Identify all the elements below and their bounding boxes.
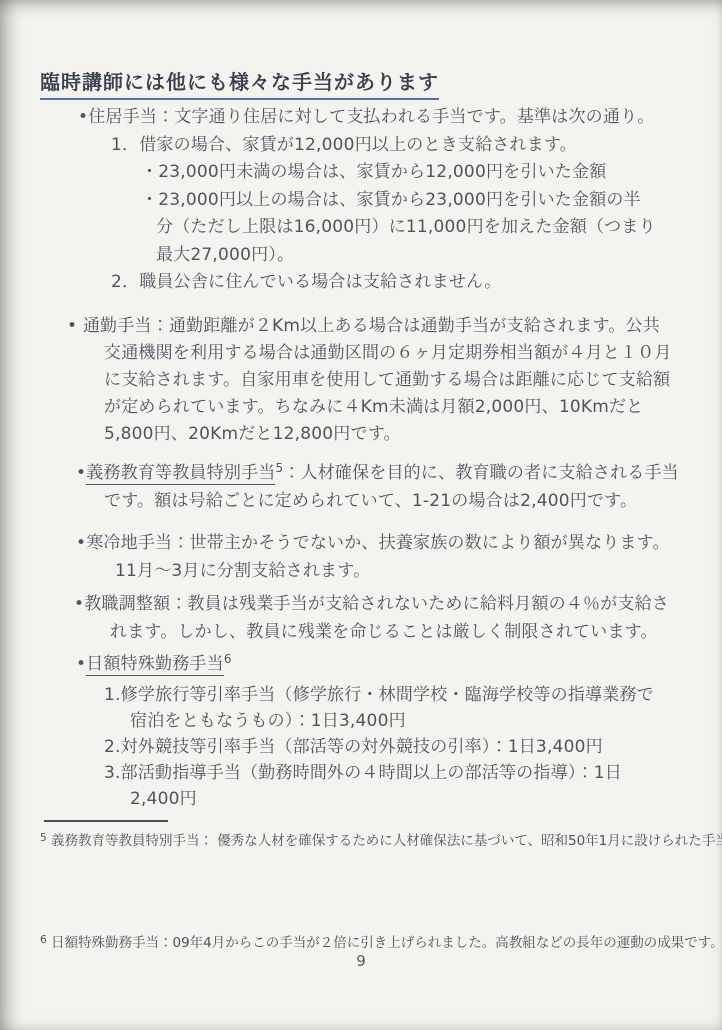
body-line: 1．借家の場合、家賃が12,000円以上のとき支給されます。	[78, 132, 656, 160]
page-title: 臨時講師には他にも様々な手当があります	[40, 66, 439, 100]
list-item: 1.修学旅行等引率手当（修学旅行・林間学校・臨海学校等の指導業務で	[76, 682, 654, 708]
footnote-text: 日額特殊勤務手当：09年4月からこの手当が２倍に引き上げられました。高教組などの…	[47, 935, 722, 951]
footnote-marker: 5	[40, 832, 47, 844]
body-line: です。額は号給ごとに定められていて、1-21の場合は2,400円です。	[76, 488, 679, 516]
body-line: に支給されます。自家用車を使用して通勤する場合は距離に応じて支給額	[67, 367, 672, 394]
section-cold-area-allowance: •寒冷地手当：世帯主かそうでないか、扶養家族の数により額が異なります。 11月～…	[76, 530, 670, 585]
section-housing-allowance: •住居手当：文字通り住居に対して支払われる手当です。基準は次の通り。 1．借家の…	[78, 104, 656, 297]
body-line: ・23,000円以上の場合は、家賃から23,000円を引いた金額の半	[78, 187, 656, 215]
footnote-separator-rule	[44, 820, 168, 822]
body-line: が定められています。ちなみに４Km未満は月額2,000円、10Kmだと	[67, 394, 672, 421]
footnote-reference: 6	[224, 652, 232, 666]
footnote-marker: 6	[40, 934, 47, 946]
section-teaching-adjustment: •教職調整額：教員は残業手当が支給されないために給料月額の４％が支給さ れます。…	[74, 591, 669, 646]
list-item: 宿泊をともなうもの）：1日3,400円	[76, 708, 654, 734]
body-line: •日額特殊勤務手当6	[76, 651, 654, 679]
section-daily-special-duty-allowance: •日額特殊勤務手当6 1.修学旅行等引率手当（修学旅行・林間学校・臨海学校等の指…	[76, 651, 654, 812]
body-line: 2．職員公舎に住んでいる場合は支給されません。	[78, 269, 656, 297]
footnote-6: 6 日額特殊勤務手当：09年4月からこの手当が２倍に引き上げられました。高教組な…	[40, 929, 708, 954]
section-special-teacher-allowance: •義務教育等教員特別手当5：人材確保を目的に、教育職の者に支給される手当 です。…	[76, 460, 679, 515]
body-line: 分（ただし上限は16,000円）に11,000円を加えた金額（つまり	[78, 214, 656, 242]
body-line: れます。しかし、教員に残業を命じることは厳しく制限されています。	[74, 619, 669, 647]
allowance-heading: 日額特殊勤務手当	[86, 654, 224, 676]
body-line: 最大27,000円）。	[78, 242, 656, 270]
list-item: 2.対外競技等引率手当（部活等の対外競技の引率）：1日3,400円	[76, 734, 654, 760]
body-line: 11月～3月に分割支給されます。	[76, 558, 670, 586]
bullet: •	[76, 654, 86, 674]
body-line: 交通機関を利用する場合は通勤区間の６ヶ月定期券相当額が４月と１０月	[67, 340, 672, 367]
page-number: 9	[0, 952, 722, 970]
body-line: •住居手当：文字通り住居に対して支払われる手当です。基準は次の通り。	[78, 104, 656, 132]
body-line: •寒冷地手当：世帯主かそうでないか、扶養家族の数により額が異なります。	[76, 530, 670, 558]
bullet: •	[76, 463, 86, 483]
daily-special-items: 1.修学旅行等引率手当（修学旅行・林間学校・臨海学校等の指導業務で 宿泊をともな…	[76, 682, 654, 812]
footnote-5: 5 義務教育等教員特別手当： 優秀な人材を確保するために人材確保法に基づいて、昭…	[40, 827, 708, 852]
body-line: ・23,000円未満の場合は、家賃から12,000円を引いた金額	[78, 159, 656, 187]
section-commute-allowance: • 通勤手当：通勤距離が２Km以上ある場合は通勤手当が支給されます。公共 交通機…	[67, 313, 672, 448]
footnote-text: 義務教育等教員特別手当： 優秀な人材を確保するために人材確保法に基づいて、昭和5…	[47, 833, 722, 849]
body-line: 5,800円、20Kmだと12,800円です。	[67, 421, 672, 448]
body-line: •教職調整額：教員は残業手当が支給されないために給料月額の４％が支給さ	[74, 591, 669, 619]
scanned-document-page: 臨時講師には他にも様々な手当があります •住居手当：文字通り住居に対して支払われ…	[0, 0, 722, 1030]
list-item: 3.部活動指導手当（勤務時間外の４時間以上の部活等の指導）：1日	[76, 760, 654, 786]
footnote-line: 6 日額特殊勤務手当：09年4月からこの手当が２倍に引き上げられました。高教組な…	[40, 935, 722, 951]
list-item: 2,400円	[76, 786, 654, 812]
allowance-heading: 義務教育等教員特別手当	[86, 463, 275, 485]
heading-rest: ：人材確保を目的に、教育職の者に支給される手当	[283, 463, 679, 483]
body-line: •義務教育等教員特別手当5：人材確保を目的に、教育職の者に支給される手当	[76, 460, 679, 488]
body-line: • 通勤手当：通勤距離が２Km以上ある場合は通勤手当が支給されます。公共	[67, 313, 672, 340]
footnote-line: 5 義務教育等教員特別手当： 優秀な人材を確保するために人材確保法に基づいて、昭…	[40, 833, 722, 849]
